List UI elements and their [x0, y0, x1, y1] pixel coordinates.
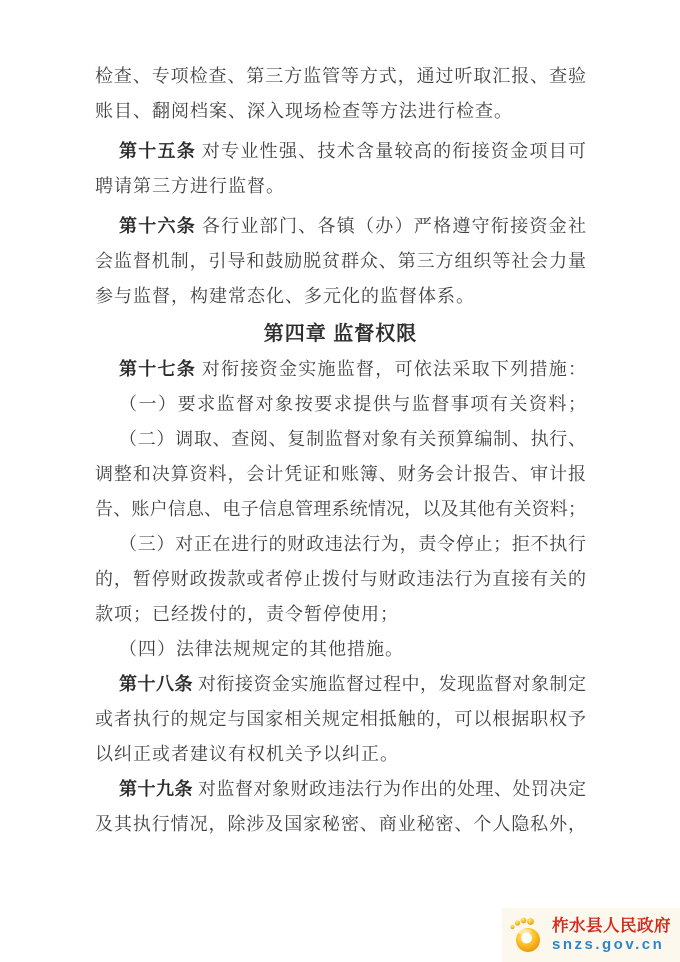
government-name: 柞水县人民政府 [552, 918, 680, 935]
doc-line-text: 检查、专项检查、第三方监管等方式，通过听取汇报、查验 [95, 66, 586, 86]
doc-line: 款项；已经拨付的，责令暂停使用； [95, 597, 586, 632]
doc-line-text: （三）对正在进行的财政违法行为，责令停止；拒不执行 [119, 534, 586, 554]
doc-line: 第十五条 对专业性强、技术含量较高的衔接资金项目可 [95, 134, 586, 169]
doc-line-text: 参与监督，构建常态化、多元化的监督体系。 [95, 286, 475, 306]
doc-line: 以纠正或者建议有权机关予以纠正。 [95, 737, 586, 772]
doc-line-text: 对衔接资金实施监督过程中，发现监督对象制定 [193, 674, 586, 694]
article-number: 第十七条 [119, 359, 196, 379]
doc-line: 检查、专项检查、第三方监管等方式，通过听取汇报、查验 [95, 59, 586, 94]
doc-line-text: 会监督机制，引导和鼓励脱贫群众、第三方组织等社会力量 [95, 251, 586, 271]
doc-line: 会监督机制，引导和鼓励脱贫群众、第三方组织等社会力量 [95, 244, 586, 279]
doc-line-text: 对监督对象财政违法行为作出的处理、处罚决定 [193, 779, 586, 799]
document-body: 检查、专项检查、第三方监管等方式，通过听取汇报、查验 账目、翻阅档案、深入现场检… [95, 59, 586, 842]
doc-line: 及其执行情况，除涉及国家秘密、商业秘密、个人隐私外， [95, 807, 586, 842]
doc-line: （四）法律法规规定的其他措施。 [95, 632, 586, 667]
doc-line: （二）调取、查阅、复制监督对象有关预算编制、执行、 [95, 422, 586, 457]
doc-line: 第十九条 对监督对象财政违法行为作出的处理、处罚决定 [95, 772, 586, 807]
doc-line: 账目、翻阅档案、深入现场检查等方法进行检查。 [95, 94, 586, 129]
doc-line: 第十八条 对衔接资金实施监督过程中，发现监督对象制定 [95, 667, 586, 702]
doc-line: 或者执行的规定与国家相关规定相抵触的，可以根据职权予 [95, 702, 586, 737]
article-number: 第十九条 [119, 779, 193, 799]
doc-line-text: 对专业性强、技术含量较高的衔接资金项目可 [196, 141, 586, 161]
doc-line-text: 账目、翻阅档案、深入现场检查等方法进行检查。 [95, 101, 513, 121]
doc-line-text: 对衔接资金实施监督，可依法采取下列措施： [196, 359, 586, 379]
doc-line-text: 及其执行情况，除涉及国家秘密、商业秘密、个人隐私外， [95, 814, 586, 834]
doc-line-text: 调整和决算资料，会计凭证和账簿、财务会计报告、审计报 [95, 464, 586, 484]
doc-line: 的，暂停财政拨款或者停止拨付与财政违法行为直接有关的 [95, 562, 586, 597]
doc-line-text: 告、账户信息、电子信息管理系统情况，以及其他有关资料； [95, 499, 586, 519]
government-url: snzs.gov.cn [552, 937, 680, 952]
doc-line: （三）对正在进行的财政违法行为，责令停止；拒不执行 [95, 527, 586, 562]
doc-line-text: （二）调取、查阅、复制监督对象有关预算编制、执行、 [119, 429, 586, 449]
doc-line: 第十七条 对衔接资金实施监督，可依法采取下列措施： [95, 352, 586, 387]
doc-line-text: 各行业部门、各镇（办）严格遵守衔接资金社 [196, 216, 586, 236]
article-number: 第十五条 [119, 141, 196, 161]
doc-line: 告、账户信息、电子信息管理系统情况，以及其他有关资料； [95, 492, 586, 527]
doc-line: 调整和决算资料，会计凭证和账簿、财务会计报告、审计报 [95, 457, 586, 492]
doc-line-text: （一）要求监督对象按要求提供与监督事项有关资料； [119, 394, 586, 414]
article-number: 第十八条 [119, 674, 193, 694]
doc-line: 聘请第三方进行监督。 [95, 169, 586, 204]
watermark-text: 柞水县人民政府 snzs.gov.cn [547, 918, 680, 953]
doc-line-text: 或者执行的规定与国家相关规定相抵触的，可以根据职权予 [95, 709, 586, 729]
doc-line-text: 聘请第三方进行监督。 [95, 176, 285, 196]
doc-line: 第十六条 各行业部门、各镇（办）严格遵守衔接资金社 [95, 209, 586, 244]
article-number: 第十六条 [119, 216, 196, 236]
chapter-heading: 第四章 监督权限 [95, 317, 586, 352]
footprint-icon [507, 915, 547, 955]
doc-line-text: 的，暂停财政拨款或者停止拨付与财政违法行为直接有关的 [95, 569, 586, 589]
site-watermark: 柞水县人民政府 snzs.gov.cn [502, 908, 680, 962]
doc-line: （一）要求监督对象按要求提供与监督事项有关资料； [95, 387, 586, 422]
doc-line-text: 以纠正或者建议有权机关予以纠正。 [95, 744, 399, 764]
doc-line-text: （四）法律法规规定的其他措施。 [119, 639, 404, 659]
doc-line: 参与监督，构建常态化、多元化的监督体系。 [95, 279, 586, 314]
doc-line-text: 款项；已经拨付的，责令暂停使用； [95, 604, 399, 624]
